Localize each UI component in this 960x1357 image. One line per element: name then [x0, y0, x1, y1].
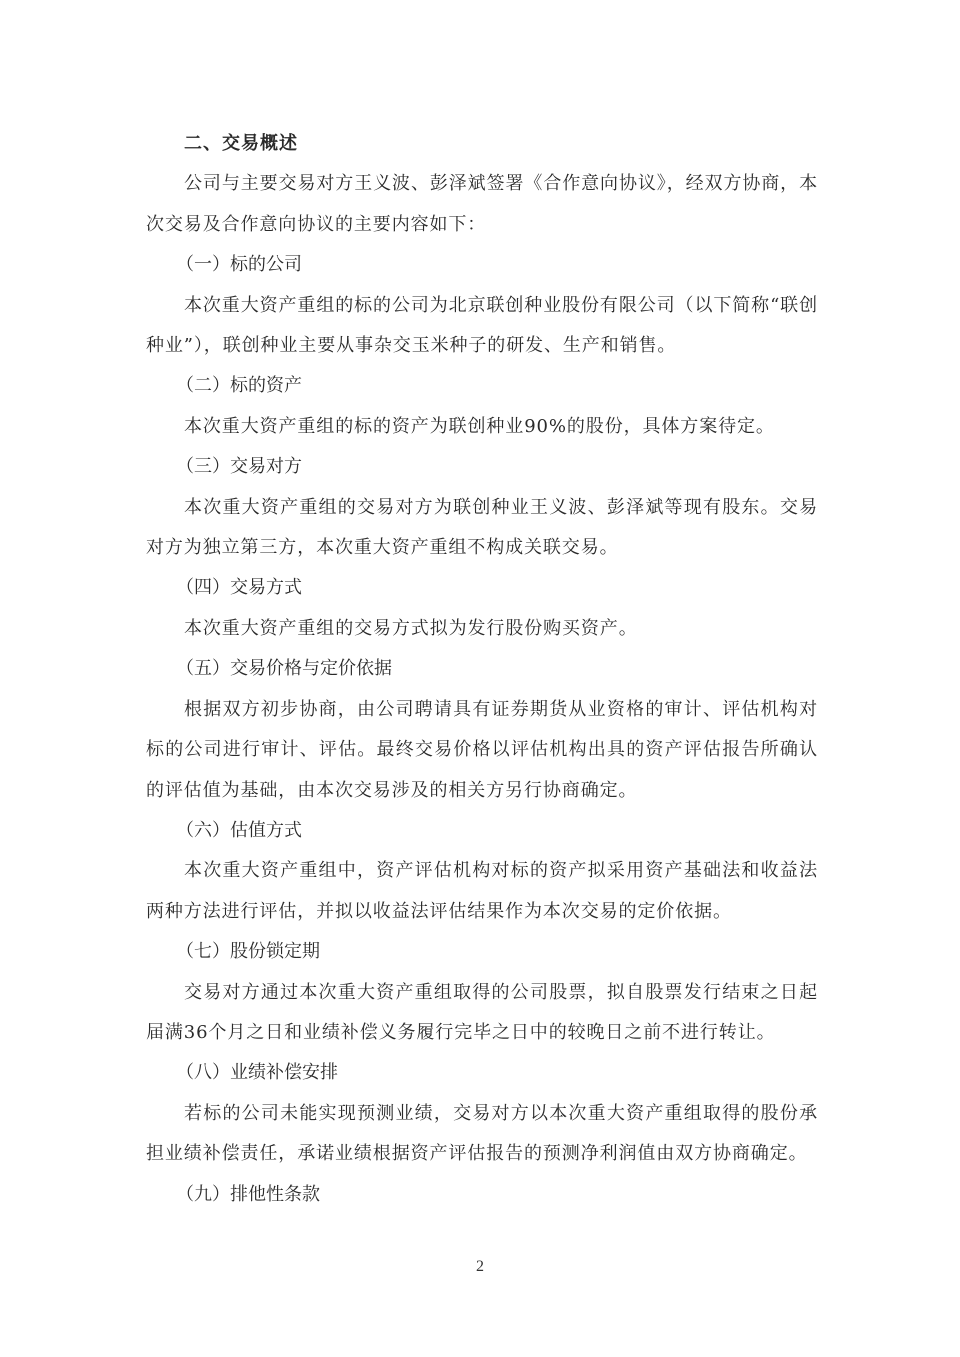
section-intro: 公司与主要交易对方王义波、彭泽斌签署《合作意向协议》，经双方协商，本次交易及合作… — [146, 164, 818, 245]
subsection-heading-1: （一）标的公司 — [146, 245, 818, 285]
subsection-heading-5: （五）交易价格与定价依据 — [146, 649, 818, 689]
subsection-heading-4: （四）交易方式 — [146, 568, 818, 608]
subsection-heading-7: （七）股份锁定期 — [146, 932, 818, 972]
subsection-heading-9: （九）排他性条款 — [146, 1175, 818, 1215]
subsection-body-2: 本次重大资产重组的标的资产为联创种业90%的股份，具体方案待定。 — [146, 407, 818, 447]
subsection-heading-8: （八）业绩补偿安排 — [146, 1053, 818, 1093]
subsection-heading-2: （二）标的资产 — [146, 366, 818, 406]
subsection-body-1: 本次重大资产重组的标的公司为北京联创种业股份有限公司（以下简称“联创种业”），联… — [146, 286, 818, 367]
section-title: 二、交易概述 — [146, 124, 818, 164]
subsection-body-8: 若标的公司未能实现预测业绩，交易对方以本次重大资产重组取得的股份承担业绩补偿责任… — [146, 1094, 818, 1175]
subsection-heading-6: （六）估值方式 — [146, 811, 818, 851]
subsection-heading-3: （三）交易对方 — [146, 447, 818, 487]
subsection-body-5: 根据双方初步协商，由公司聘请具有证券期货从业资格的审计、评估机构对标的公司进行审… — [146, 690, 818, 811]
subsection-body-4: 本次重大资产重组的交易方式拟为发行股份购买资产。 — [146, 609, 818, 649]
subsection-body-7: 交易对方通过本次重大资产重组取得的公司股票，拟自股票发行结束之日起届满36个月之… — [146, 973, 818, 1054]
subsection-body-6: 本次重大资产重组中，资产评估机构对标的资产拟采用资产基础法和收益法两种方法进行评… — [146, 851, 818, 932]
page-number: 2 — [0, 1258, 960, 1276]
document-page: 二、交易概述 公司与主要交易对方王义波、彭泽斌签署《合作意向协议》，经双方协商，… — [146, 124, 818, 1215]
subsection-body-3: 本次重大资产重组的交易对方为联创种业王义波、彭泽斌等现有股东。交易对方为独立第三… — [146, 488, 818, 569]
